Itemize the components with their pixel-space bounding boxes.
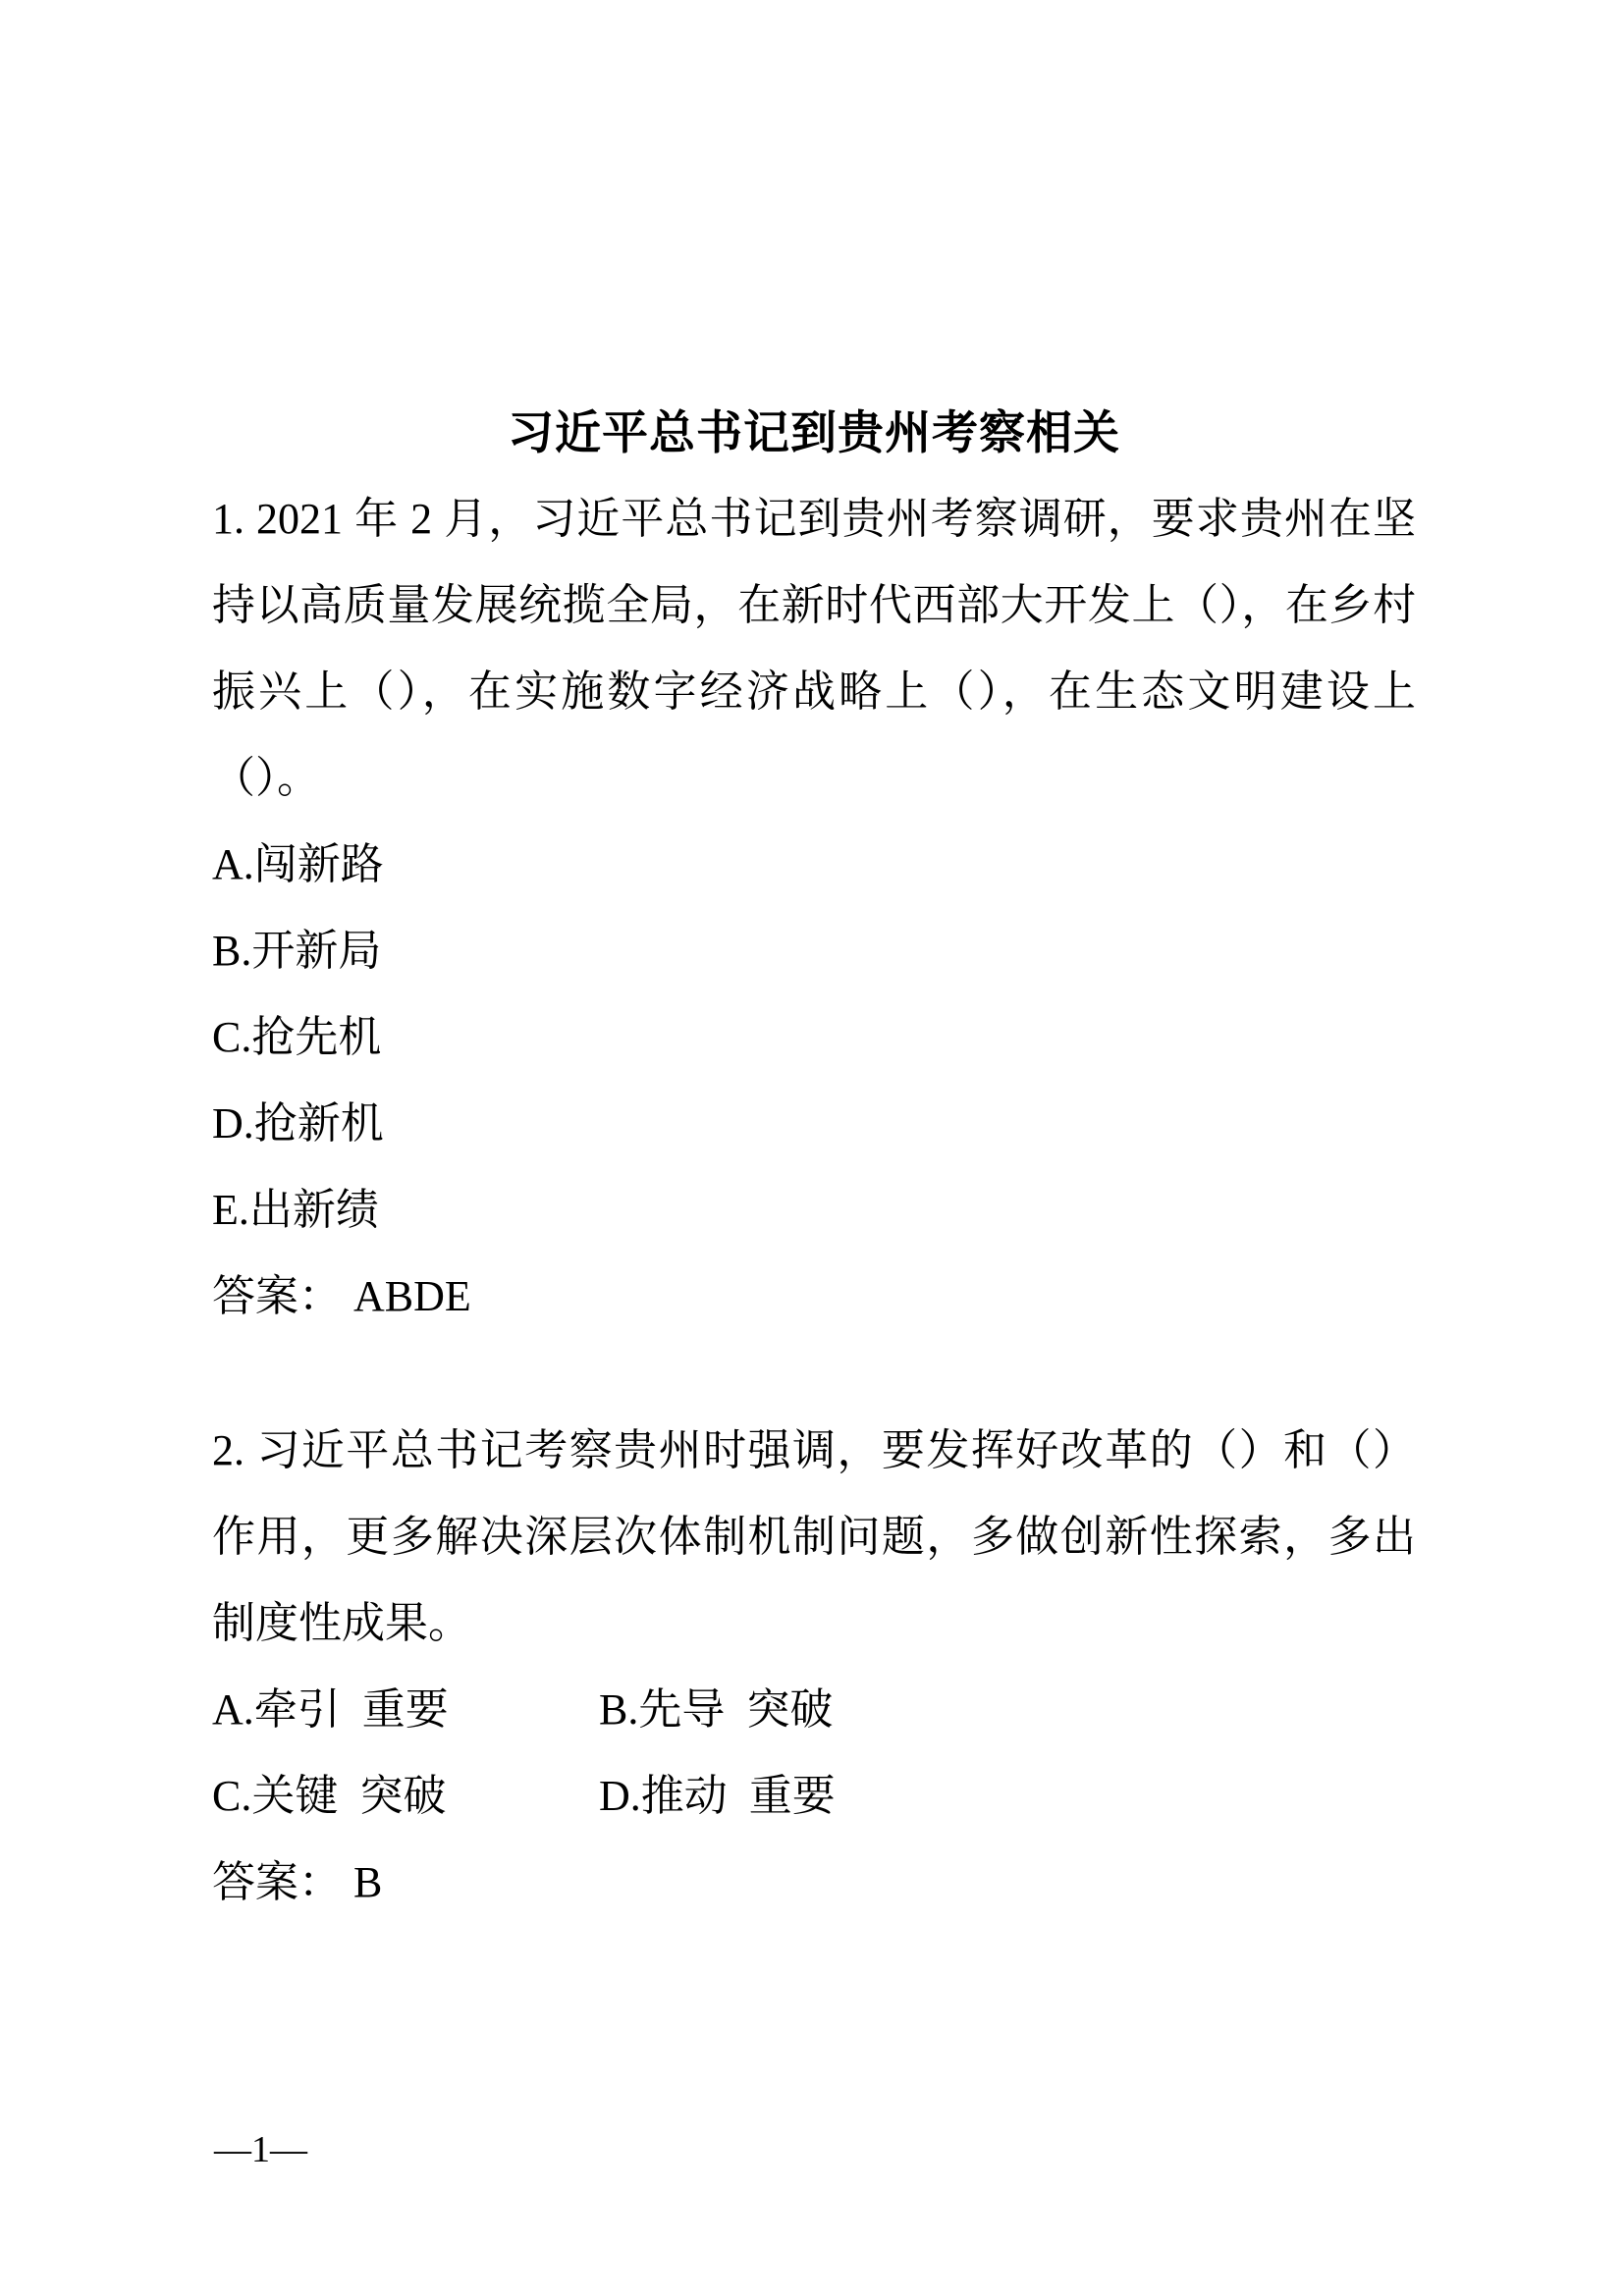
- question-1-answer-label: 答案：: [212, 1272, 342, 1320]
- document-content: 习近平总书记到贵州考察相关 1. 2021 年 2 月，习近平总书记到贵州考察调…: [0, 0, 1624, 1926]
- page-number: —1—: [214, 2128, 307, 2171]
- question-1: 1. 2021 年 2 月，习近平总书记到贵州考察调研，要求贵州在坚持以高质量发…: [212, 476, 1416, 1340]
- question-2-option-b: B.先导 突破: [599, 1667, 1416, 1753]
- question-1-answer-line: 答案：ABDE: [212, 1254, 1416, 1340]
- question-1-option-a: A.闯新路: [212, 822, 1416, 908]
- question-2-option-a: A.牵引 重要: [212, 1667, 599, 1753]
- question-2-answer-line: 答案：B: [212, 1840, 1416, 1926]
- question-2-answer-label: 答案：: [212, 1858, 342, 1906]
- question-1-option-b: B.开新局: [212, 908, 1416, 994]
- question-2-option-d: D.推动 重要: [599, 1753, 1416, 1840]
- document-title: 习近平总书记到贵州考察相关: [212, 390, 1416, 476]
- question-1-option-e: E.出新绩: [212, 1167, 1416, 1254]
- question-2: 2. 习近平总书记考察贵州时强调，要发挥好改革的（）和（）作用，更多解决深层次体…: [212, 1408, 1416, 1926]
- question-2-answer-value: B: [353, 1858, 382, 1906]
- question-1-option-d: D.抢新机: [212, 1081, 1416, 1167]
- question-2-text: 2. 习近平总书记考察贵州时强调，要发挥好改革的（）和（）作用，更多解决深层次体…: [212, 1408, 1416, 1667]
- question-1-text: 1. 2021 年 2 月，习近平总书记到贵州考察调研，要求贵州在坚持以高质量发…: [212, 476, 1416, 822]
- question-1-option-c: C.抢先机: [212, 994, 1416, 1081]
- question-2-options: A.牵引 重要 B.先导 突破 C.关键 突破 D.推动 重要: [212, 1667, 1416, 1840]
- document-page: 习近平总书记到贵州考察相关 1. 2021 年 2 月，习近平总书记到贵州考察调…: [0, 0, 1624, 2296]
- question-2-option-c: C.关键 突破: [212, 1753, 599, 1840]
- question-1-answer-value: ABDE: [353, 1272, 471, 1320]
